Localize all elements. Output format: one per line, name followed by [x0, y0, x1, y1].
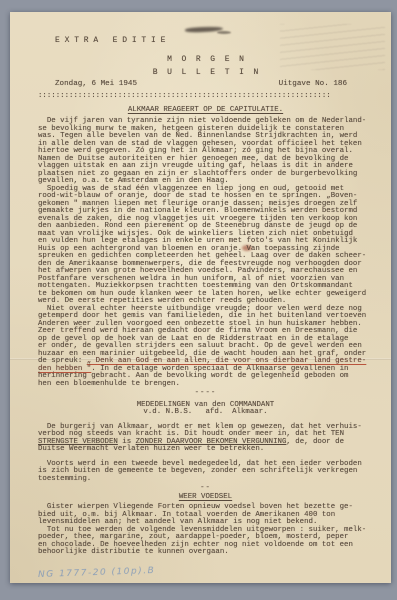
article-headline: ALKMAAR REAGEERT OP DE CAPITULATIE.	[38, 107, 373, 115]
issue-number: Uitgave No. 186	[279, 81, 347, 89]
article-paragraph-3: Niet overal echter heerste uitbundige vr…	[38, 306, 373, 389]
section-heading-voedsel: WEER VOEDSEL	[38, 494, 373, 502]
section-divider-1: ----	[38, 390, 373, 398]
masthead-line1: M O R G E N	[38, 56, 373, 64]
masthead-line2: B U L L E T I N	[38, 69, 373, 77]
commandant-paragraph-2: Voorts werd in een tweede bevel medegede…	[38, 461, 373, 484]
date-label: Zondag, 6 Mei 1945	[55, 81, 137, 89]
section-divider-2: --	[38, 485, 373, 493]
commandant-paragraph-1: De burgerij van Alkmaar, wordt er met kl…	[38, 424, 373, 454]
date-issue-row: Zondag, 6 Mei 1945 Uitgave No. 186	[38, 81, 373, 89]
handwritten-catalog-number: NG 1777-20 (10p).B	[38, 566, 156, 580]
paragraph-3-text: Niet overal echter heerste uitbundige vr…	[38, 305, 366, 366]
ink-smudge-small	[217, 31, 231, 34]
article-paragraph-2: Spoedig was de stad één vlaggenzee en li…	[38, 186, 373, 306]
section-subheading-nbs: v.d. N.B.S. afd. Alkmaar.	[38, 409, 373, 417]
voedsel-paragraph: Gister wierpen Vliegende Forten opnieuw …	[38, 504, 373, 557]
verhuisverbod-text: De burgerij van Alkmaar, wordt er met kl…	[38, 423, 362, 439]
separator-line: ::::::::::::::::::::::::::::::::::::::::…	[38, 93, 373, 101]
typewritten-content: E X T R A E D I T I E M O R G E N B U L …	[38, 37, 373, 557]
bulletin-paper: E X T R A E D I T I E M O R G E N B U L …	[10, 12, 391, 583]
article-paragraph-1: De vijf jaren van tyrannie zijn niet vol…	[38, 118, 373, 186]
edition-label: E X T R A E D I T I E	[55, 37, 373, 45]
scan-background: E X T R A E D I T I E M O R G E N B U L …	[0, 0, 397, 600]
